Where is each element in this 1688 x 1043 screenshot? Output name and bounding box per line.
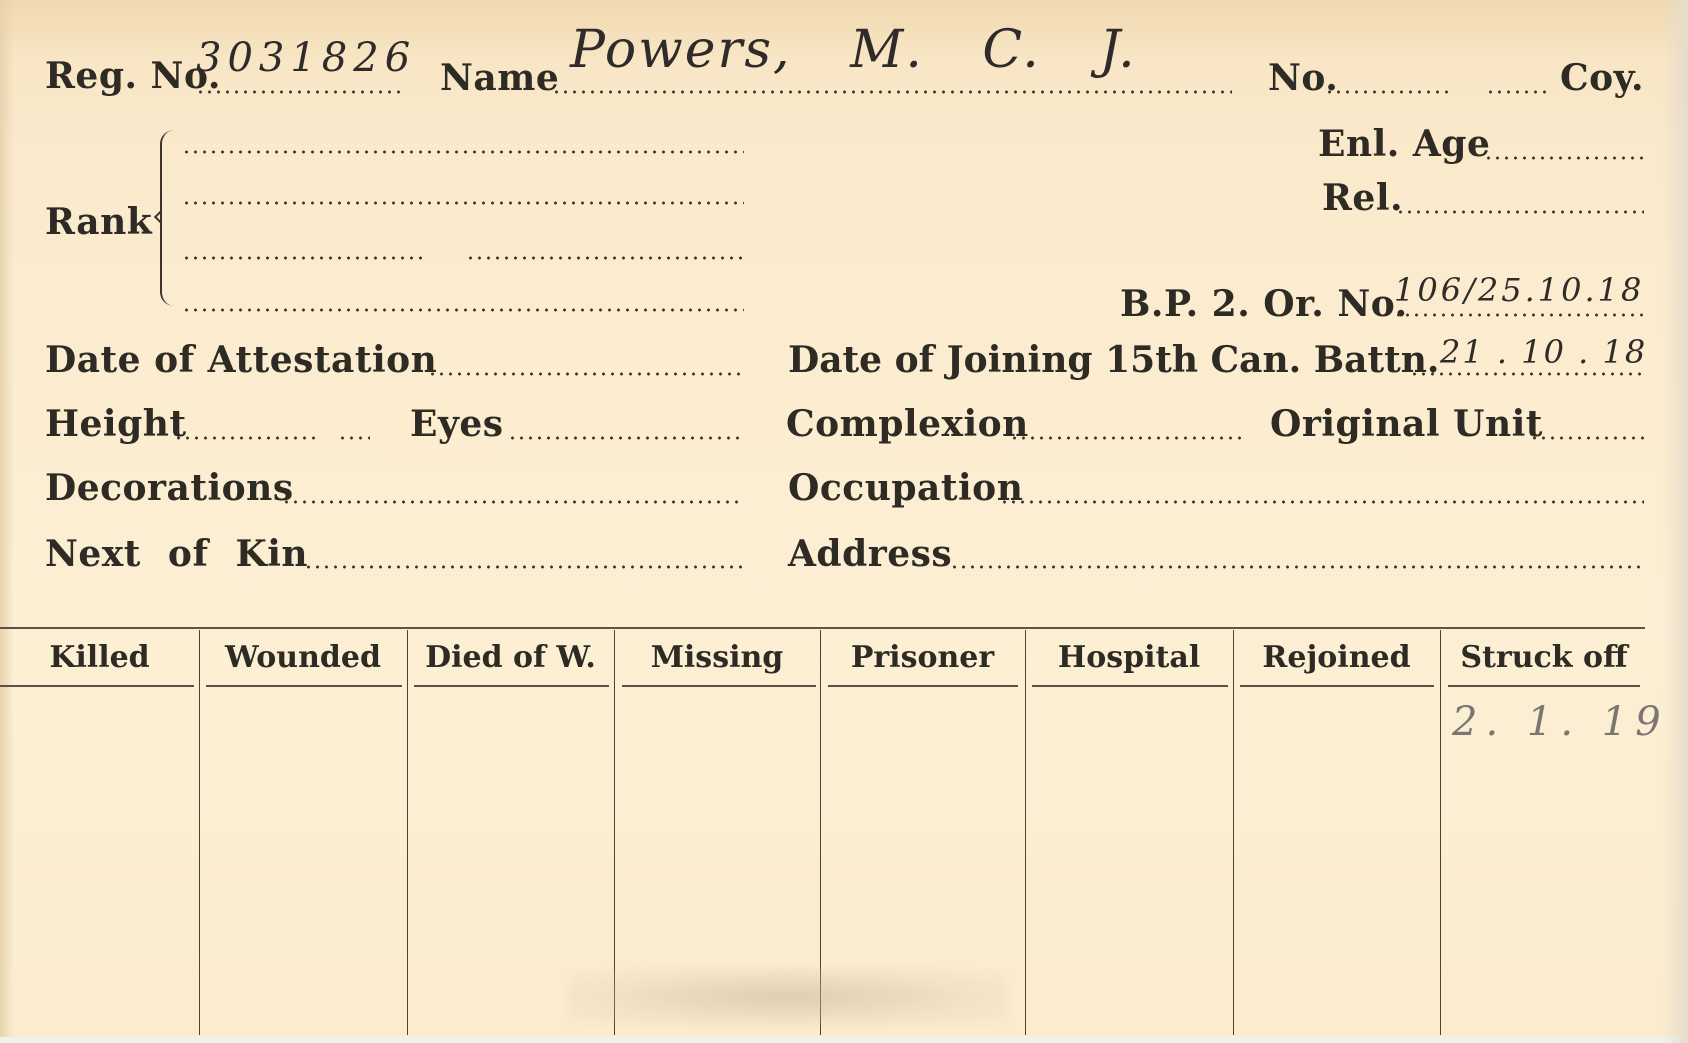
header-underline bbox=[414, 685, 609, 687]
col-header-hospital: Hospital bbox=[1025, 640, 1233, 675]
rank-label: Rank bbox=[45, 204, 152, 240]
rel-label: Rel. bbox=[1322, 180, 1403, 216]
column-divider bbox=[1233, 630, 1234, 1035]
struck-off-date: 2. 1. 19 bbox=[1452, 702, 1669, 742]
rank-line-2 bbox=[182, 201, 744, 205]
date-joining-dotted-line bbox=[1410, 372, 1644, 376]
address-label: Address bbox=[788, 536, 952, 572]
header-underline bbox=[0, 685, 194, 687]
enl-age-label: Enl. Age bbox=[1318, 126, 1490, 162]
column-divider bbox=[199, 630, 200, 1035]
coy-dotted-line bbox=[1486, 90, 1548, 94]
height-label: Height bbox=[45, 406, 187, 442]
bp2-or-no-label: B.P. 2. Or. No. bbox=[1120, 286, 1408, 322]
date-attestation-dotted-line bbox=[428, 372, 744, 376]
header-underline bbox=[1240, 685, 1434, 687]
card-bottom-edge bbox=[0, 1037, 1688, 1043]
header-underline bbox=[622, 685, 816, 687]
coy-label: Coy. bbox=[1560, 60, 1644, 96]
decorations-label: Decorations bbox=[45, 470, 294, 506]
reg-no-label: Reg. No. bbox=[45, 58, 221, 94]
no-dotted-line bbox=[1325, 90, 1450, 94]
occupation-dotted-line bbox=[1000, 500, 1644, 504]
paper-stain bbox=[568, 968, 1008, 1026]
complexion-dotted-line bbox=[1010, 436, 1246, 440]
column-divider bbox=[1440, 630, 1441, 1035]
original-unit-label: Original Unit bbox=[1270, 406, 1543, 442]
table-top-rule bbox=[0, 627, 1645, 629]
reg-no-dotted-line bbox=[196, 90, 402, 94]
decorations-dotted-line bbox=[282, 500, 744, 504]
bp2-or-no-value: 106/25.10.18 bbox=[1394, 274, 1644, 306]
original-unit-dotted-line bbox=[1530, 436, 1644, 440]
column-divider bbox=[1025, 630, 1026, 1035]
col-header-prisoner: Prisoner bbox=[820, 640, 1025, 675]
reg-no-value: 3031826 bbox=[196, 38, 416, 78]
service-record-card: Reg. No. 3031826 Name Powers, M. C. J. N… bbox=[0, 0, 1688, 1043]
header-underline bbox=[1448, 685, 1640, 687]
address-dotted-line bbox=[950, 565, 1644, 569]
col-header-rejoined: Rejoined bbox=[1233, 640, 1440, 675]
height-dotted-line-extra bbox=[338, 436, 370, 440]
eyes-label: Eyes bbox=[410, 406, 504, 442]
name-dotted-line bbox=[552, 90, 1232, 94]
complexion-label: Complexion bbox=[786, 406, 1029, 442]
occupation-label: Occupation bbox=[788, 470, 1023, 506]
rank-line-4 bbox=[182, 308, 744, 312]
eyes-dotted-line bbox=[508, 436, 744, 440]
col-header-missing: Missing bbox=[614, 640, 820, 675]
bp2-dotted-line bbox=[1394, 313, 1644, 317]
date-attestation-label: Date of Attestation bbox=[45, 342, 437, 378]
next-of-kin-dotted-line bbox=[304, 565, 744, 569]
next-of-kin-label: Next of Kin bbox=[45, 536, 308, 572]
rank-line-3a bbox=[182, 256, 422, 260]
header-underline bbox=[828, 685, 1018, 687]
col-header-struck-off: Struck off bbox=[1440, 640, 1648, 675]
col-header-wounded: Wounded bbox=[199, 640, 407, 675]
rank-line-1 bbox=[182, 150, 744, 154]
col-header-killed: Killed bbox=[0, 640, 199, 675]
header-underline bbox=[1032, 685, 1228, 687]
column-divider bbox=[407, 630, 408, 1035]
date-joining-label: Date of Joining 15th Can. Battn. bbox=[788, 342, 1439, 378]
col-header-died-of-wounds: Died of W. bbox=[407, 640, 614, 675]
name-value: Powers, M. C. J. bbox=[570, 24, 1137, 76]
name-label: Name bbox=[440, 60, 559, 96]
rel-dotted-line bbox=[1396, 210, 1644, 214]
enl-age-dotted-line bbox=[1484, 156, 1644, 160]
date-joining-value: 21 . 10 . 18 bbox=[1440, 336, 1647, 368]
height-dotted-line bbox=[174, 436, 320, 440]
rank-line-3b bbox=[466, 256, 744, 260]
header-underline bbox=[206, 685, 402, 687]
